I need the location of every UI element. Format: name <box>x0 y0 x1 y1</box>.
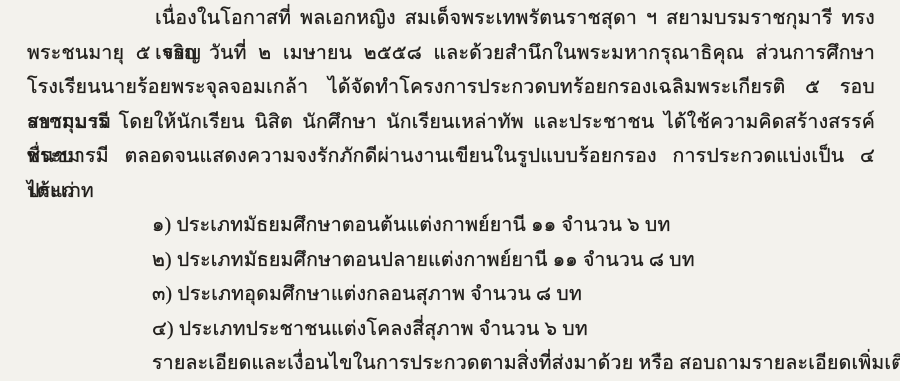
list-item-1: ๑) ประเภทมัธยมศึกษาตอนต้นแต่งกาพย์ยานี ๑… <box>27 209 875 244</box>
paragraph-line-6: ได้แก่ <box>27 175 875 210</box>
list-item-3: ๓) ประเภทอุดมศึกษาแต่งกลอนสุภาพ จำนวน ๘ … <box>27 278 875 313</box>
document-page: เนื่องในโอกาสที่ พลเอกหญิง สมเด็จพระเทพร… <box>0 0 900 381</box>
paragraph-line-3: โรงเรียนนายร้อยพระจุลจอมเกล้า ได้จัดทำโค… <box>27 71 875 106</box>
list-item-4: ๔) ประเภทประชาชนแต่งโคลงสี่สุภาพ จำนวน ๖… <box>27 313 875 348</box>
paragraph-line-5: พระบารมี ตลอดจนแสดงความจงรักภักดีผ่านงาน… <box>27 140 875 175</box>
paragraph-line-4: ราชกุมารี โดยให้นักเรียน นิสิต นักศึกษา … <box>27 106 875 141</box>
closing-line: รายละเอียดและเงื่อนไขในการประกวดตามสิ่งท… <box>27 347 875 381</box>
paragraph-line-1: เนื่องในโอกาสที่ พลเอกหญิง สมเด็จพระเทพร… <box>27 2 875 37</box>
paragraph-line-2: พระชนมายุ ๕ รอบ วันที่ ๒ เมษายน ๒๕๕๘ และ… <box>27 37 875 72</box>
list-item-2: ๒) ประเภทมัธยมศึกษาตอนปลายแต่งกาพย์ยานี … <box>27 244 875 279</box>
